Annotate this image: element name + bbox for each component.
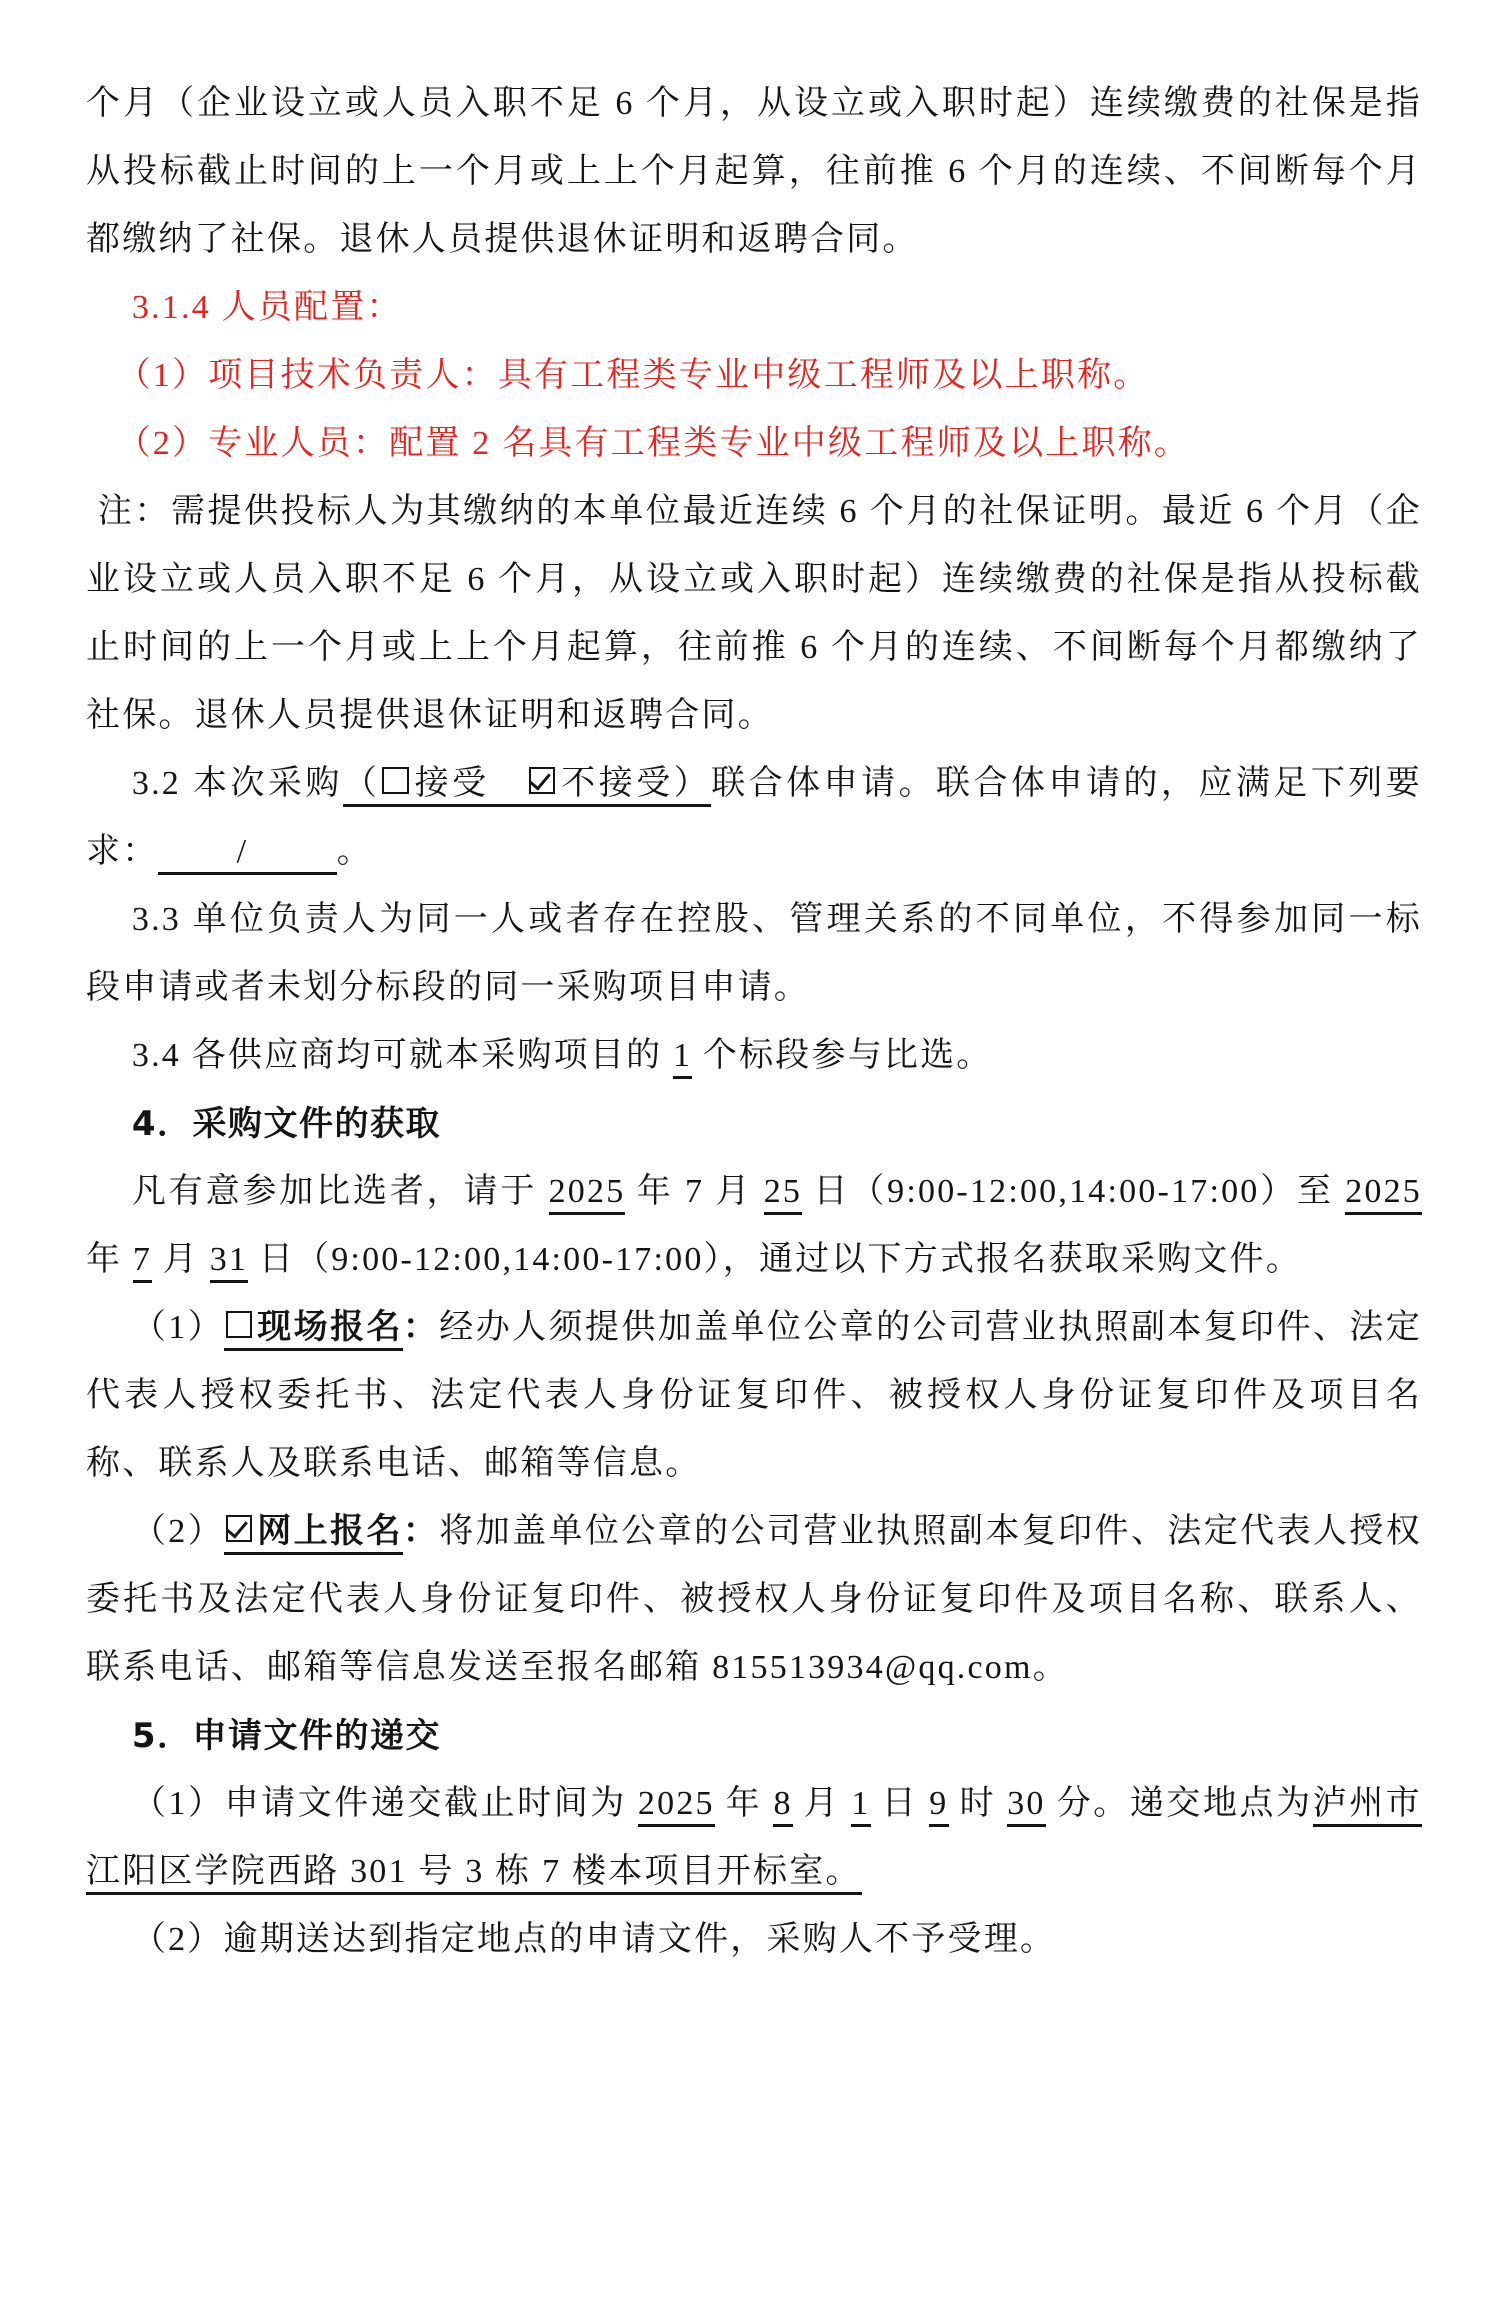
text-run: 3.1.4 人员配置： [132,289,403,326]
text-run: 。 [337,833,373,870]
item-1-submission-deadline: （1）申请文件递交截止时间为 2025 年 8 月 1 日 9 时 30 分。递… [86,1770,1422,1906]
text-run: 1 [673,1037,692,1079]
text-run: 2025 [1345,1173,1422,1215]
text-run: 日 [871,1785,930,1822]
text-run: 日（9:00-12:00,14:00-17:00）至 [802,1173,1345,1210]
text-run: 月 [793,1785,852,1822]
text-run: 2025 [549,1173,626,1215]
text-run: （1） [132,1309,224,1346]
text-run: 8 [773,1785,792,1827]
para-3-2-consortium: 3.2 本次采购（接受 不接受）联合体申请。联合体申请的，应满足下列要求：/。 [86,750,1422,886]
item-1-onsite-registration: （1）现场报名：经办人须提供加盖单位公章的公司营业执照副本复印件、法定代表人授权… [86,1294,1422,1498]
text-run: 31 [210,1241,248,1283]
text-run: 注：需提供投标人为其缴纳的本单位最近连续 6 个月的社保证明。最近 6 个月（企… [86,493,1422,734]
text-run: 年 [86,1241,133,1278]
text-run: 30 [1007,1785,1045,1827]
para-social-insurance-continuation: 个月（企业设立或人员入职不足 6 个月，从设立或入职时起）连续缴费的社保是指从投… [86,70,1422,274]
text-run: ： [403,1309,439,1346]
item-2-professionals: （2）专业人员：配置 2 名具有工程类专业中级工程师及以上职称。 [86,410,1422,478]
heading-5-document-submission: 5．申请文件的递交 [86,1702,1422,1770]
text-run: 凡有意参加比选者，请于 [132,1173,549,1210]
text-run: 分。递交地点为 [1046,1785,1313,1822]
text-run: 25 [764,1173,802,1215]
para-registration-time: 凡有意参加比选者，请于 2025 年 7 月 25 日（9:00-12:00,1… [86,1158,1422,1294]
text-run: 不接受） [560,765,711,807]
checkbox-checked-icon [529,767,556,794]
text-run: / [237,833,249,875]
heading-3-1-4-personnel: 3.1.4 人员配置： [86,274,1422,342]
text-run: 9 [929,1785,948,1827]
text-run: 3.2 本次采购 [132,765,343,802]
text-run: 个标段参与比选。 [692,1037,992,1074]
checkbox-run [380,765,413,807]
checkbox-checked-icon [226,1515,253,1542]
document-body: 个月（企业设立或人员入职不足 6 个月，从设立或入职时起）连续缴费的社保是指从投… [86,70,1422,1974]
text-run: 月 [152,1241,210,1278]
text-run: 3.4 各供应商均可就本采购项目的 [132,1037,673,1074]
document-page: 个月（企业设立或人员入职不足 6 个月，从设立或入职时起）连续缴费的社保是指从投… [0,0,1500,2323]
text-run: 时 [949,1785,1008,1822]
text-run: 年 [715,1785,774,1822]
text-run: 网上报名 [257,1513,403,1555]
text-run: 个月（企业设立或人员入职不足 6 个月，从设立或入职时起）连续缴费的社保是指从投… [86,85,1422,258]
text-run: ： [403,1513,439,1550]
item-2-online-registration: （2）网上报名：将加盖单位公章的公司营业执照副本复印件、法定代表人授权委托书及法… [86,1498,1422,1702]
para-3-4-sections: 3.4 各供应商均可就本采购项目的 1 个标段参与比选。 [86,1022,1422,1090]
text-run: （2）专业人员：配置 2 名具有工程类专业中级工程师及以上职称。 [117,425,1190,462]
heading-4-document-acquisition: 4．采购文件的获取 [86,1090,1422,1158]
para-3-3-same-leader: 3.3 单位负责人为同一人或者存在控股、管理关系的不同单位，不得参加同一标段申请… [86,886,1422,1022]
text-run: 4．采购文件的获取 [132,1104,441,1144]
item-1-tech-lead: （1）项目技术负责人：具有工程类专业中级工程师及以上职称。 [86,342,1422,410]
check-mark-icon [529,767,550,789]
check-mark-icon [226,1515,247,1537]
text-run: 现场报名 [257,1309,403,1351]
blank-run [158,833,236,875]
checkbox-run [224,1513,257,1555]
text-run: （1）申请文件递交截止时间为 [132,1785,638,1822]
text-run: 年 7 月 [625,1173,763,1210]
checkbox-run [527,765,560,807]
text-run: 3.3 单位负责人为同一人或者存在控股、管理关系的不同单位，不得参加同一标段申请… [86,901,1422,1006]
blank-underline [248,861,336,862]
text-run: 1 [851,1785,870,1827]
para-note-social-insurance: 注：需提供投标人为其缴纳的本单位最近连续 6 个月的社保证明。最近 6 个月（企… [86,478,1422,750]
text-run: （1）项目技术负责人：具有工程类专业中级工程师及以上职称。 [117,357,1150,394]
text-run: 7 [133,1241,152,1283]
text-run: 5．申请文件的递交 [132,1716,441,1756]
text-run: （2）逾期送达到指定地点的申请文件，采购人不予受理。 [132,1921,1056,1958]
item-2-late-submission: （2）逾期送达到指定地点的申请文件，采购人不予受理。 [86,1906,1422,1974]
text-run: （2） [132,1513,224,1550]
text-run: 2025 [638,1785,715,1827]
blank-run [248,833,336,875]
blank-underline [158,861,236,862]
text-run: （ [343,765,380,807]
text-run: 日（9:00-12:00,14:00-17:00），通过以下方式报名获取采购文件… [248,1241,1302,1278]
checkbox-unchecked-icon [226,1311,253,1338]
text-run: 接受 [413,765,527,807]
checkbox-unchecked-icon [382,767,409,794]
checkbox-run [224,1309,257,1351]
